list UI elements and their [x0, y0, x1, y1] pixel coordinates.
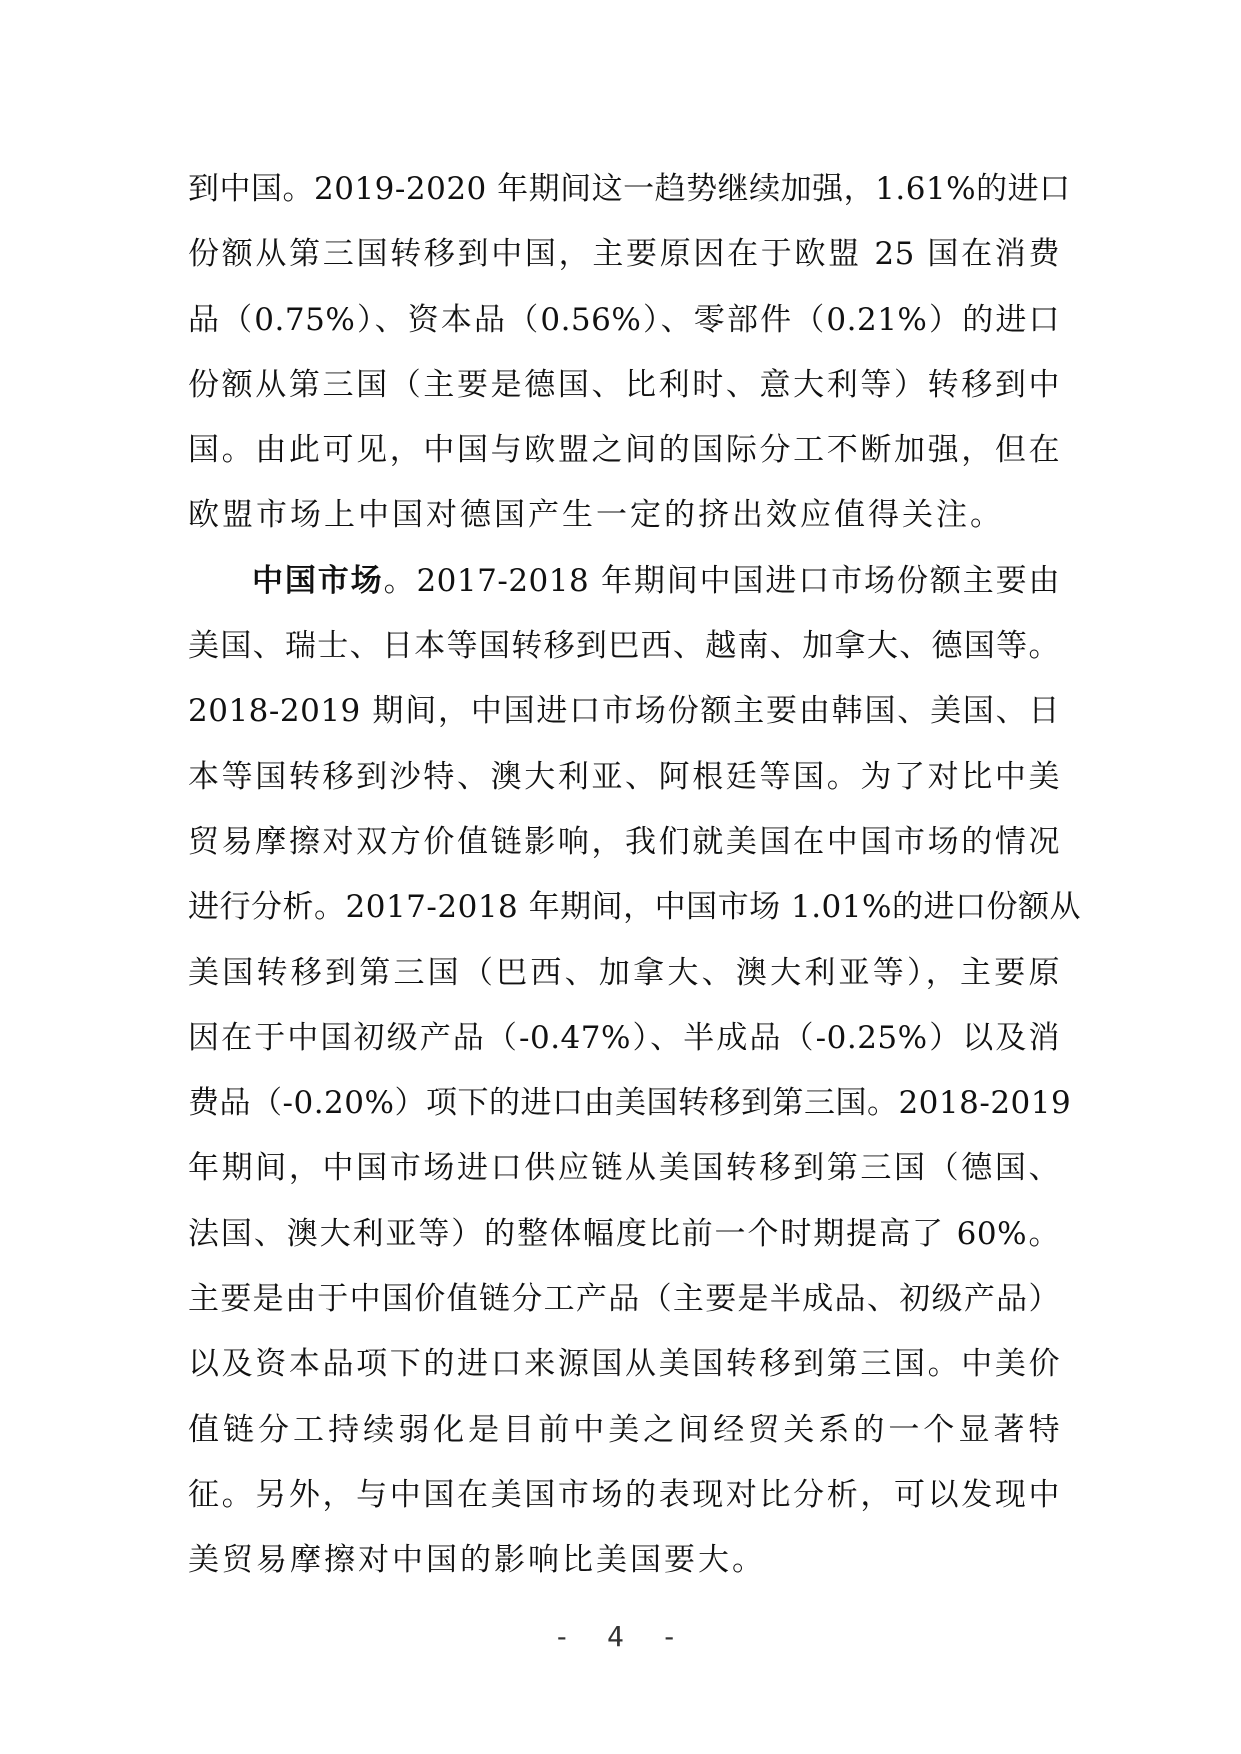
text-line: 本等国转移到沙特、澳大利亚、阿根廷等国。为了对比中美	[188, 745, 1060, 810]
section-heading: 中国市场	[252, 563, 384, 599]
text-line: 美国转移到第三国（巴西、加拿大、澳大利亚等），主要原	[188, 941, 1060, 1006]
text-line: 份额从第三国（主要是德国、比利时、意大利等）转移到中	[188, 353, 1060, 418]
document-page: 到中国。2019-2020 年期间这一趋势继续加强，1.61%的进口 份额从第三…	[0, 0, 1241, 1754]
text-line: 品（0.75%）、资本品（0.56%）、零部件（0.21%）的进口	[188, 288, 1060, 353]
body-text: 到中国。2019-2020 年期间这一趋势继续加强，1.61%的进口 份额从第三…	[188, 157, 1060, 1594]
text-line: 主要是由于中国价值链分工产品（主要是半成品、初级产品）	[188, 1267, 1060, 1332]
text-line: 贸易摩擦对双方价值链影响，我们就美国在中国市场的情况	[188, 810, 1060, 875]
text-line: 份额从第三国转移到中国，主要原因在于欧盟 25 国在消费	[188, 222, 1060, 287]
text-line: 年期间，中国市场进口供应链从美国转移到第三国（德国、	[188, 1136, 1060, 1201]
text-line: 以及资本品项下的进口来源国从美国转移到第三国。中美价	[188, 1332, 1060, 1397]
text-span: 。2017-2018 年期间中国进口市场份额主要由	[384, 563, 1060, 599]
text-line: 因在于中国初级产品（-0.47%）、半成品（-0.25%）以及消	[188, 1006, 1060, 1071]
text-line: 征。另外，与中国在美国市场的表现对比分析，可以发现中	[188, 1463, 1060, 1528]
text-line: 2018-2019 期间，中国进口市场份额主要由韩国、美国、日	[188, 679, 1060, 744]
paragraph-first-line: 中国市场。2017-2018 年期间中国进口市场份额主要由	[188, 549, 1060, 614]
page-number: - 4 -	[0, 1620, 1241, 1653]
text-line: 国。由此可见，中国与欧盟之间的国际分工不断加强，但在	[188, 418, 1060, 483]
paragraph-eu-market-continued: 到中国。2019-2020 年期间这一趋势继续加强，1.61%的进口 份额从第三…	[188, 157, 1060, 549]
text-line: 法国、澳大利亚等）的整体幅度比前一个时期提高了 60%。	[188, 1202, 1060, 1267]
text-line: 费品（-0.20%）项下的进口由美国转移到第三国。2018-2019	[188, 1071, 1060, 1136]
text-line: 值链分工持续弱化是目前中美之间经贸关系的一个显著特	[188, 1398, 1060, 1463]
paragraph-china-market: 中国市场。2017-2018 年期间中国进口市场份额主要由 美国、瑞士、日本等国…	[188, 549, 1060, 1594]
text-line: 欧盟市场上中国对德国产生一定的挤出效应值得关注。	[188, 483, 1060, 548]
text-line: 进行分析。2017-2018 年期间，中国市场 1.01%的进口份额从	[188, 875, 1060, 940]
text-line: 到中国。2019-2020 年期间这一趋势继续加强，1.61%的进口	[188, 157, 1060, 222]
text-line: 美国、瑞士、日本等国转移到巴西、越南、加拿大、德国等。	[188, 614, 1060, 679]
text-line: 美贸易摩擦对中国的影响比美国要大。	[188, 1528, 1060, 1593]
